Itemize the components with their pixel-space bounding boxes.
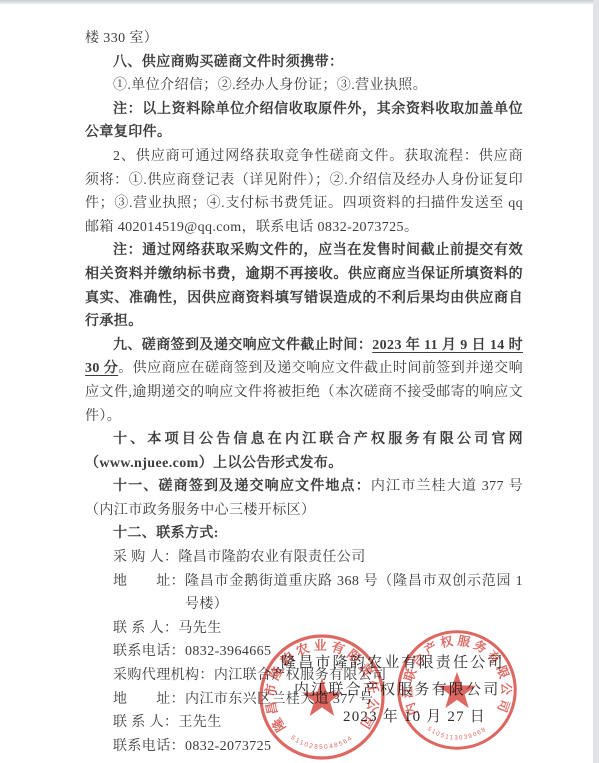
section-8-heading: 八、供应商购买磋商文件时须携带：	[85, 51, 523, 75]
section-11-heading: 十一、磋商签到及递交响应文件地点：	[113, 479, 371, 494]
agency-company-stamp: 内江联合产权服务有限公司 5105113039068	[394, 627, 520, 753]
section-10: 十、本项目公告信息在内江联合产权服务有限公司官网（www.njuee.com）上…	[85, 428, 523, 475]
section-12-heading: 十二、联系方式:	[85, 522, 523, 546]
contact-row-purchaser-address: 地 址：隆昌市金鹅街道重庆路 368 号（隆昌市双创示范园 1 号楼）	[85, 570, 523, 617]
section-9: 九、磋商签到及递交响应文件截止时间：2023 年 11 月 9 日 14 时 3…	[85, 334, 523, 428]
page-right-edge	[593, 0, 599, 763]
para-network-note: 注：通过网络获取采购文件的，应当在发售时间截止前提交有效相关资料并缴纳标书费，逾…	[85, 239, 523, 333]
contact-value: 隆昌市隆韵农业有限责任公司	[178, 546, 365, 570]
svg-text:5110285048564: 5110285048564	[289, 734, 354, 751]
contact-label: 采购代理机构：	[113, 664, 214, 688]
contact-label: 联 系 人：	[113, 711, 178, 735]
purchaser-company-stamp: 隆昌市隆韵农业有限责任公司 5110285048564	[256, 631, 388, 763]
para-network-acquire: 2、供应商可通过网络获取竞争性磋商文件。获取流程：供应商须将：①.供应商登记表（…	[85, 145, 523, 239]
contact-row-purchaser: 采 购 人：隆昌市隆韵农业有限责任公司	[85, 546, 523, 570]
contact-value: 马先生	[178, 617, 221, 641]
page-top-edge	[0, 0, 599, 4]
contact-label: 地 址：	[113, 688, 185, 712]
section-8-items: ①.单位介绍信；②.经办人身份证；③.营业执照。	[85, 74, 523, 98]
svg-text:5105113039068: 5105113039068	[426, 726, 488, 742]
section-9-heading: 九、磋商签到及递交响应文件截止时间：	[113, 338, 372, 353]
contact-value: 王先生	[178, 711, 221, 735]
section-9-rest: 。供应商应在磋商签到及递交响应文件截止时间前签到并递交响应文件,逾期递交的响应文…	[85, 361, 523, 423]
stamp-serial-number: 5110285048564	[289, 734, 354, 751]
stamp-star-icon	[438, 672, 476, 708]
stamp-star-icon	[302, 678, 342, 716]
contact-label: 联系电话：	[113, 735, 185, 759]
contact-label: 联系电话：	[113, 640, 185, 664]
contact-value: 隆昌市金鹅街道重庆路 368 号（隆昌市双创示范园 1 号楼）	[185, 570, 523, 617]
contact-label: 地 址：	[113, 570, 185, 617]
contact-label: 联 系 人：	[113, 617, 178, 641]
section-11: 十一、磋商签到及递交响应文件地点：内江市兰桂大道 377 号（内江市政务服务中心…	[85, 475, 523, 522]
scanned-document-page: 楼 330 室） 八、供应商购买磋商文件时须携带： ①.单位介绍信；②.经办人身…	[0, 0, 599, 763]
contact-label: 采 购 人：	[113, 546, 178, 570]
continuation-line: 楼 330 室）	[85, 27, 523, 51]
section-8-note: 注：以上资料除单位介绍信收取原件外，其余资料收取加盖单位公章复印件。	[85, 98, 523, 145]
stamp-serial-number: 5105113039068	[426, 726, 488, 742]
